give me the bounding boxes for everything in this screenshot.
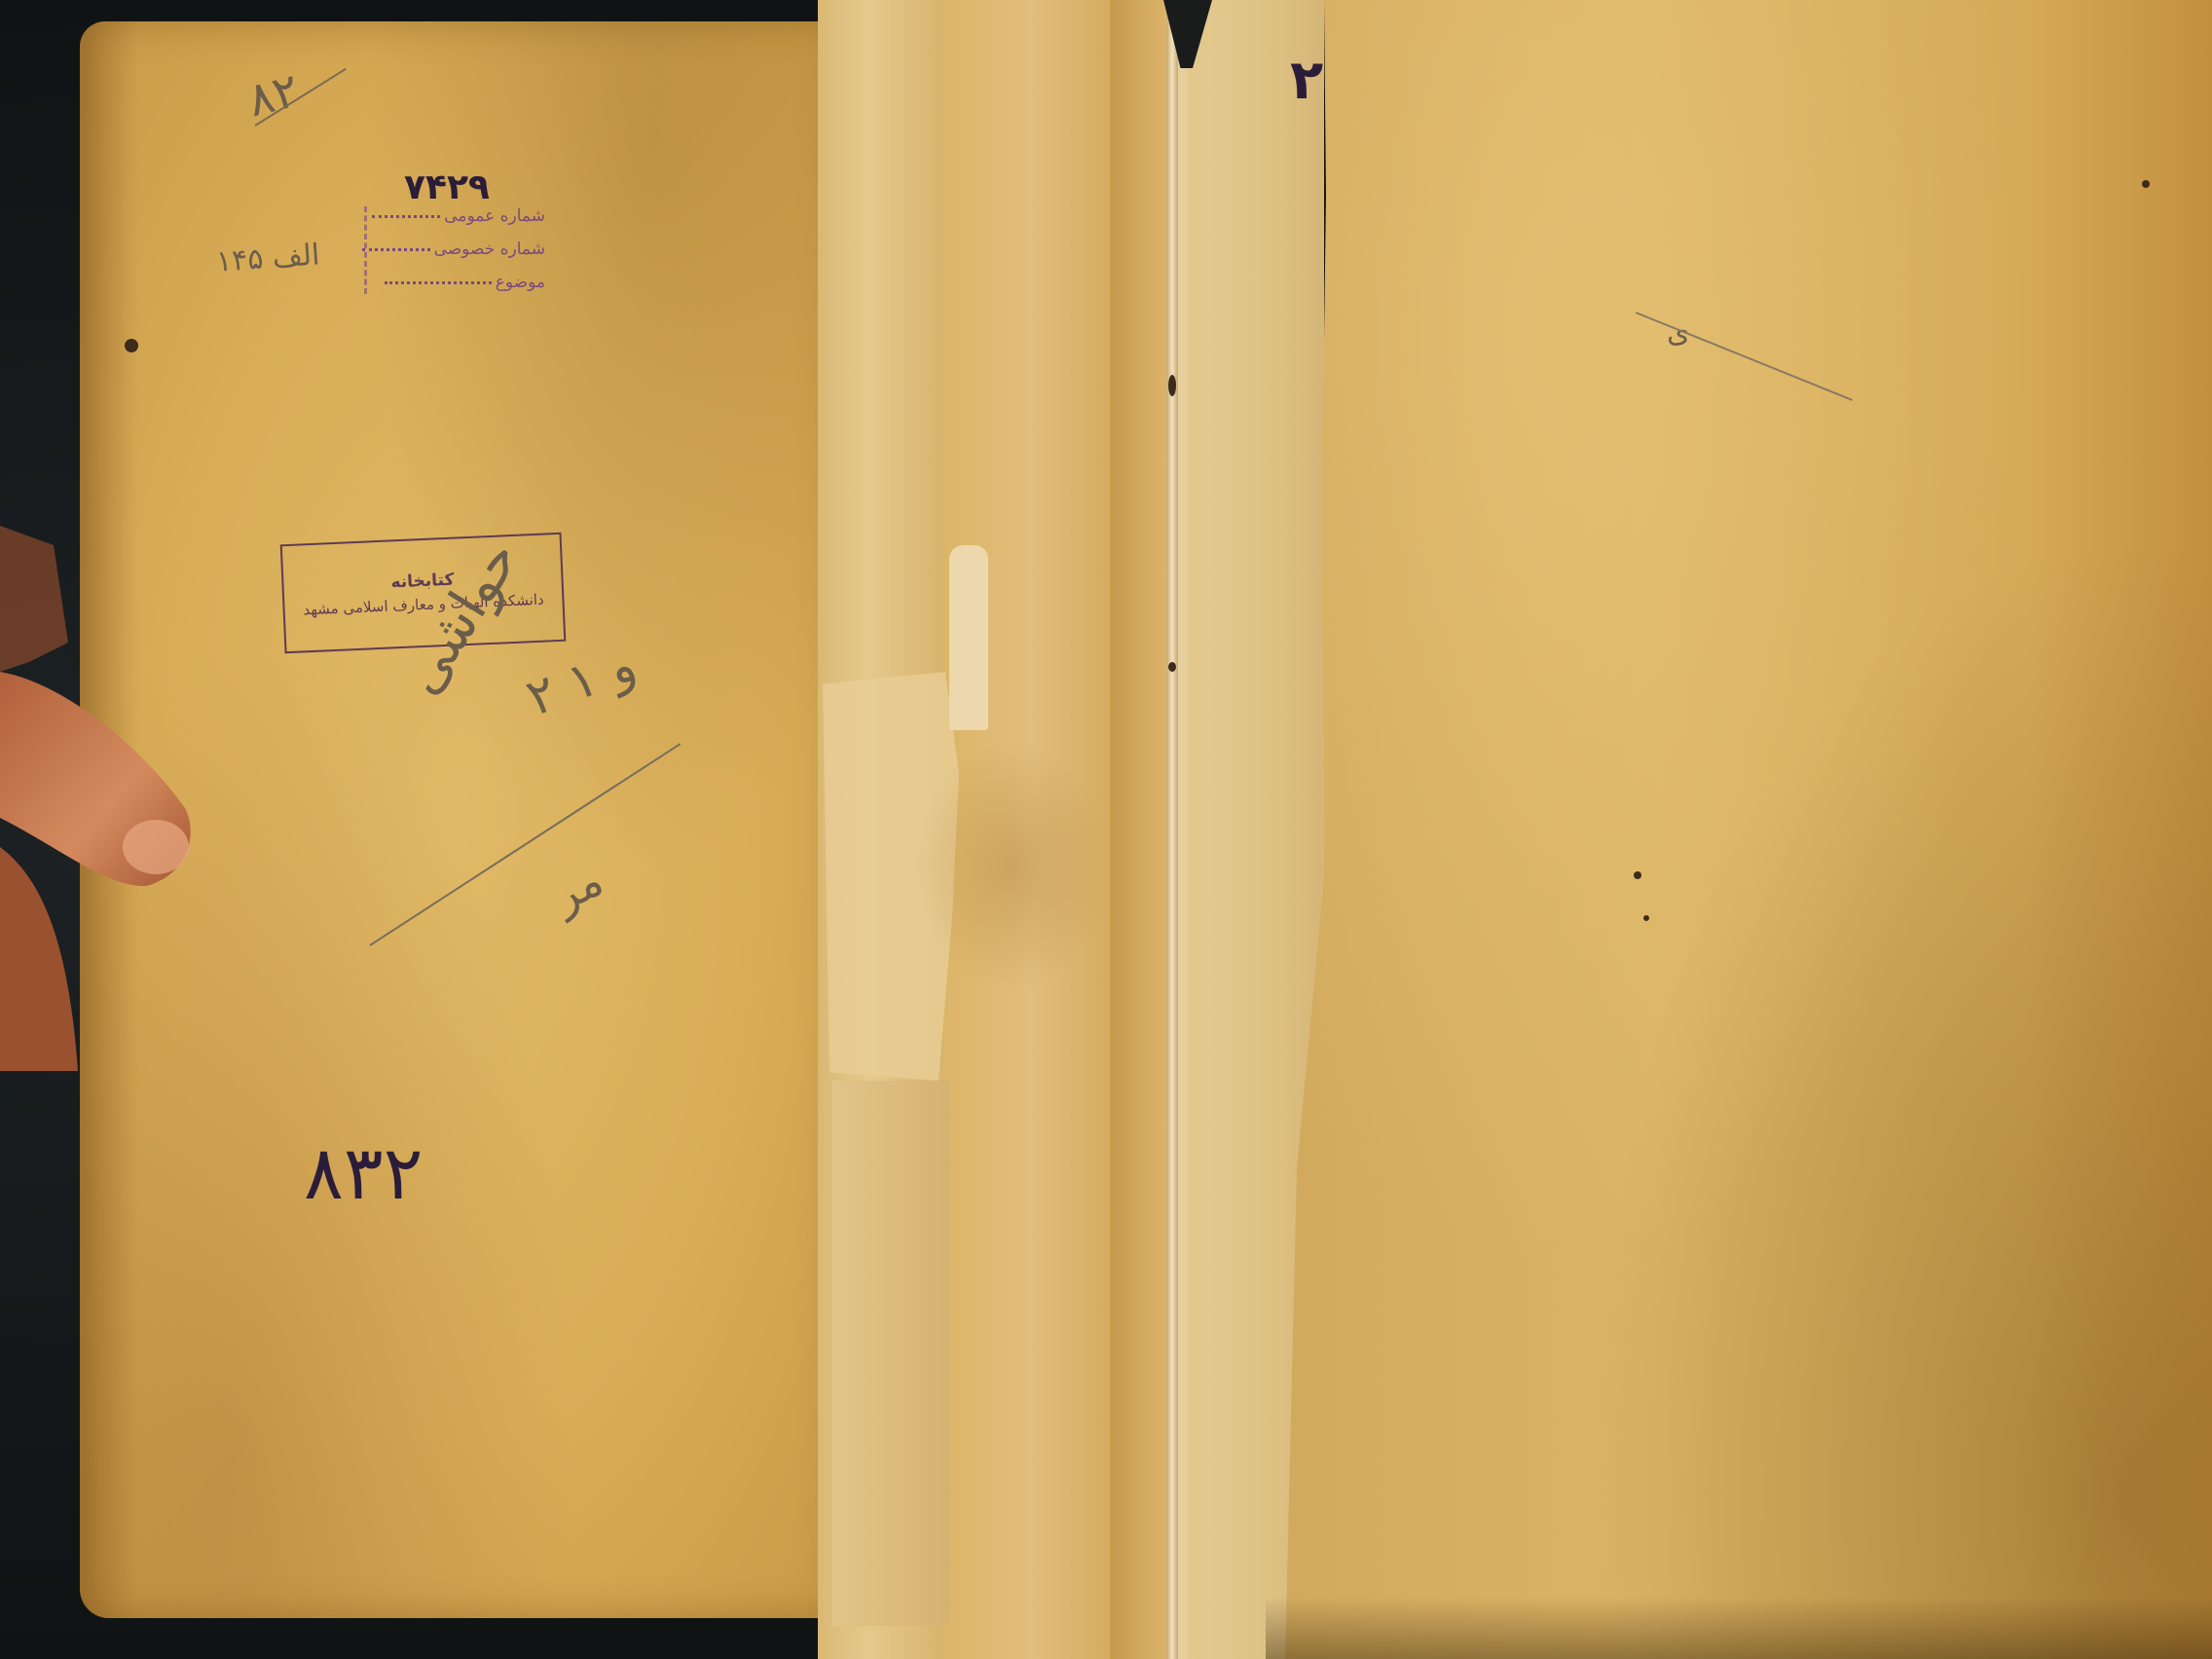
torn-paper-tab [949,545,988,730]
ink-speck [1643,915,1649,921]
right-page-bottom-shadow [1266,1597,2212,1659]
binding-hole [1168,662,1176,672]
catalog-stamp: شماره عمومی شماره خصوصی موضوع [360,200,545,299]
stamp-label: موضوع [496,273,545,292]
stamp-label: شماره خصوصی [434,240,545,259]
ink-speck [1634,871,1641,879]
ink-spot [125,339,138,352]
stamp-row-private-number: شماره خصوصی [360,233,545,266]
stamp-dotted-line [385,281,492,284]
hand-holding-book [0,526,195,1071]
spine-page-mark: ۲ [1290,49,1323,112]
spine-strip-3 [1110,0,1168,1659]
stamp-dotted-line [372,215,440,218]
water-stain [915,740,1110,993]
stamp-row-subject: موضوع [360,266,545,299]
stamp-dotted-line [362,248,430,251]
stamp-row-general-number: شماره عمومی [360,200,545,233]
spine-gutter [1166,0,1178,1659]
torn-paper-lower [832,1081,949,1626]
pencil-shelfmark: ۱۴۵ الف [215,238,321,278]
right-page [1285,0,2212,1659]
stamp-label: شماره عمومی [444,206,545,226]
ink-speck [2142,180,2150,188]
left-page-number: ۸۳۲ [304,1129,423,1216]
binding-hole [1168,375,1176,396]
